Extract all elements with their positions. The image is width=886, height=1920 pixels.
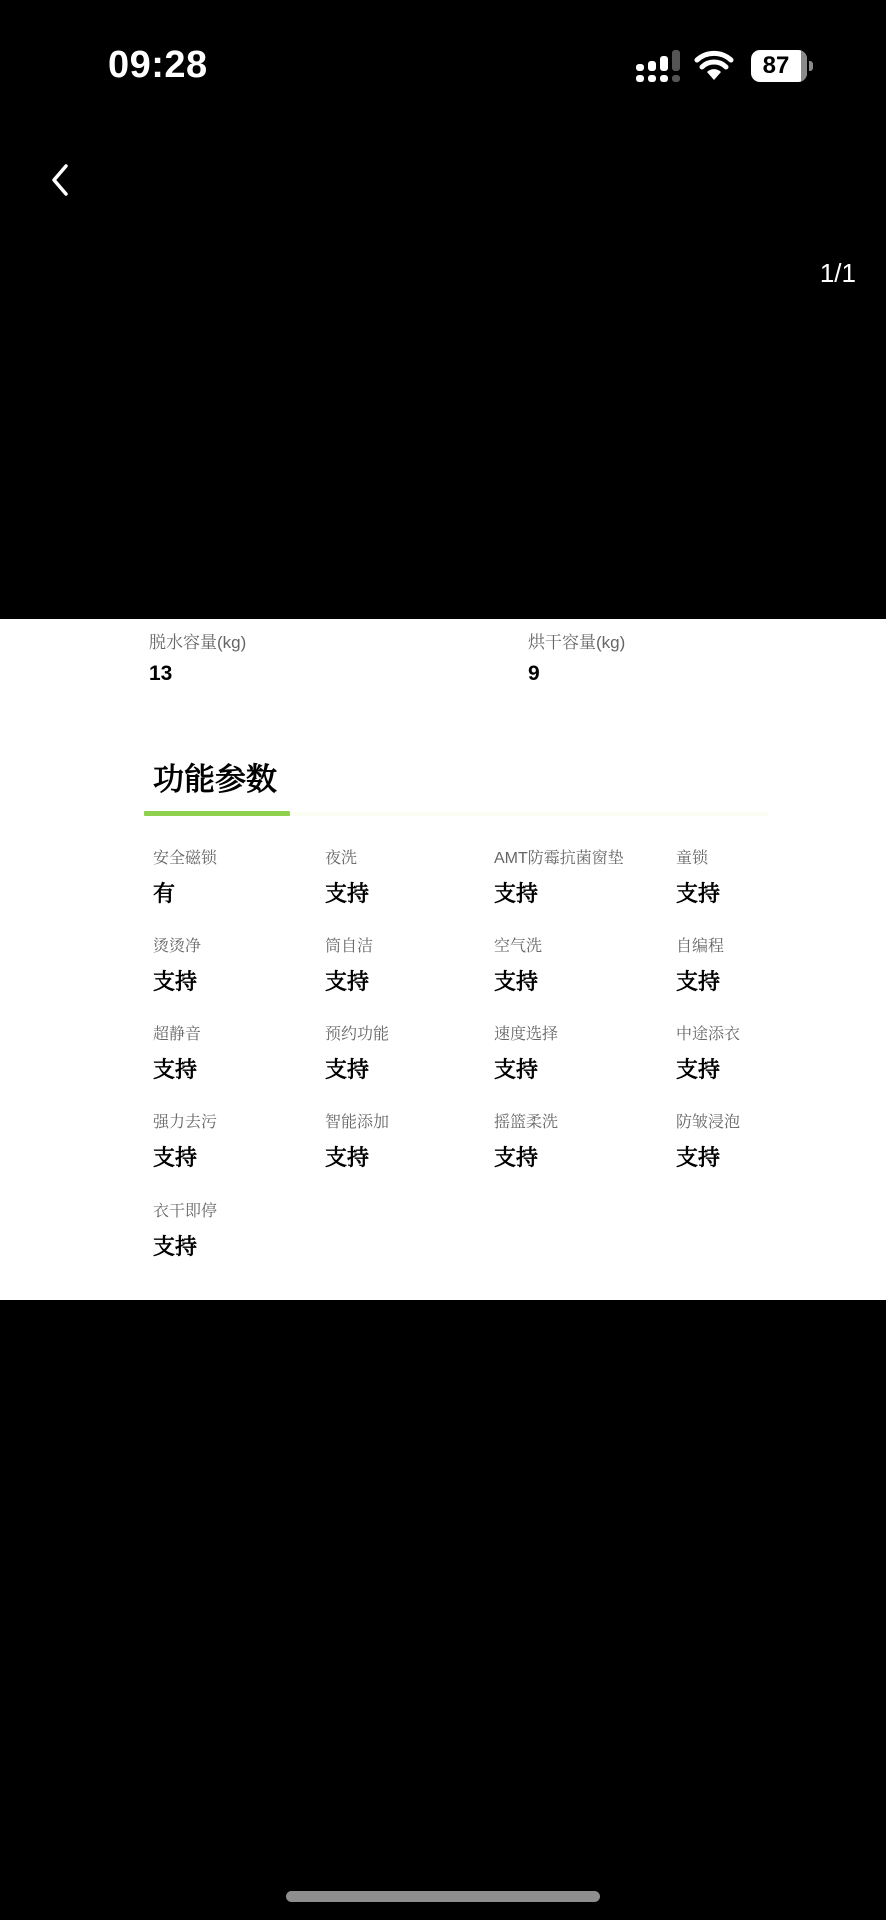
- param-value: 支持: [325, 1057, 485, 1083]
- param-item: 超静音 支持: [153, 1025, 313, 1083]
- param-item: 安全磁锁 有: [153, 849, 313, 907]
- param-item: 预约功能 支持: [325, 1025, 485, 1083]
- page-counter: 1/1: [820, 258, 856, 289]
- title-underline-accent: [144, 811, 290, 816]
- param-value: 支持: [676, 1057, 836, 1083]
- cellular-signal-icon: [636, 50, 680, 82]
- param-label: 预约功能: [325, 1025, 485, 1045]
- param-label: 速度选择: [494, 1025, 654, 1045]
- param-label: AMT防霉抗菌窗垫: [494, 849, 654, 869]
- param-label: 超静音: [153, 1025, 313, 1045]
- param-item: 夜洗 支持: [325, 849, 485, 907]
- param-item: 童锁 支持: [676, 849, 836, 907]
- param-value: 支持: [494, 969, 654, 995]
- param-item: AMT防霉抗菌窗垫 支持: [494, 849, 654, 907]
- spec-image-panel: 脱水容量(kg) 13 烘干容量(kg) 9 功能参数 安全磁锁 有 夜洗 支持…: [0, 619, 886, 1300]
- param-label: 夜洗: [325, 849, 485, 869]
- param-item: 衣干即停 支持: [153, 1202, 313, 1260]
- param-label: 童锁: [676, 849, 836, 869]
- param-value: 支持: [676, 881, 836, 907]
- param-value: 支持: [153, 1057, 313, 1083]
- param-value: 支持: [325, 881, 485, 907]
- param-item: 空气洗 支持: [494, 937, 654, 995]
- param-label: 强力去污: [153, 1113, 313, 1133]
- param-item: 自编程 支持: [676, 937, 836, 995]
- param-label: 空气洗: [494, 937, 654, 957]
- param-value: 支持: [325, 1145, 485, 1171]
- capacity-label: 烘干容量(kg): [528, 628, 625, 653]
- capacity-value: 13: [149, 662, 172, 686]
- param-value: 有: [153, 881, 313, 907]
- section-title: 功能参数: [153, 754, 277, 799]
- wifi-icon: [694, 50, 734, 82]
- capacity-value: 9: [528, 662, 540, 686]
- battery-empty-segment: [801, 50, 807, 82]
- status-bar: 09:28 87: [0, 0, 886, 130]
- battery-percent: 87: [751, 50, 801, 82]
- param-item: 强力去污 支持: [153, 1113, 313, 1171]
- param-item: 速度选择 支持: [494, 1025, 654, 1083]
- param-value: 支持: [494, 1057, 654, 1083]
- param-label: 筒自洁: [325, 937, 485, 957]
- param-item: 筒自洁 支持: [325, 937, 485, 995]
- title-underline-track: [290, 812, 768, 816]
- status-time: 09:28: [108, 44, 208, 87]
- param-label: 智能添加: [325, 1113, 485, 1133]
- param-label: 中途添衣: [676, 1025, 836, 1045]
- capacity-label: 脱水容量(kg): [149, 628, 246, 653]
- param-item: 烫烫净 支持: [153, 937, 313, 995]
- param-label: 烫烫净: [153, 937, 313, 957]
- param-item: 摇篮柔洗 支持: [494, 1113, 654, 1171]
- chevron-left-icon: [40, 158, 80, 202]
- param-value: 支持: [494, 1145, 654, 1171]
- param-value: 支持: [676, 969, 836, 995]
- param-value: 支持: [676, 1145, 836, 1171]
- param-item: 智能添加 支持: [325, 1113, 485, 1171]
- battery-tip: [809, 61, 813, 71]
- param-item: 中途添衣 支持: [676, 1025, 836, 1083]
- param-label: 防皱浸泡: [676, 1113, 836, 1133]
- param-value: 支持: [325, 969, 485, 995]
- param-value: 支持: [153, 969, 313, 995]
- param-label: 摇篮柔洗: [494, 1113, 654, 1133]
- param-value: 支持: [494, 881, 654, 907]
- param-item: 防皱浸泡 支持: [676, 1113, 836, 1171]
- param-label: 衣干即停: [153, 1202, 313, 1222]
- param-value: 支持: [153, 1145, 313, 1171]
- home-indicator[interactable]: [286, 1891, 600, 1902]
- back-button[interactable]: [40, 158, 80, 202]
- battery-icon: 87: [751, 50, 807, 82]
- param-label: 安全磁锁: [153, 849, 313, 869]
- param-label: 自编程: [676, 937, 836, 957]
- param-value: 支持: [153, 1234, 313, 1260]
